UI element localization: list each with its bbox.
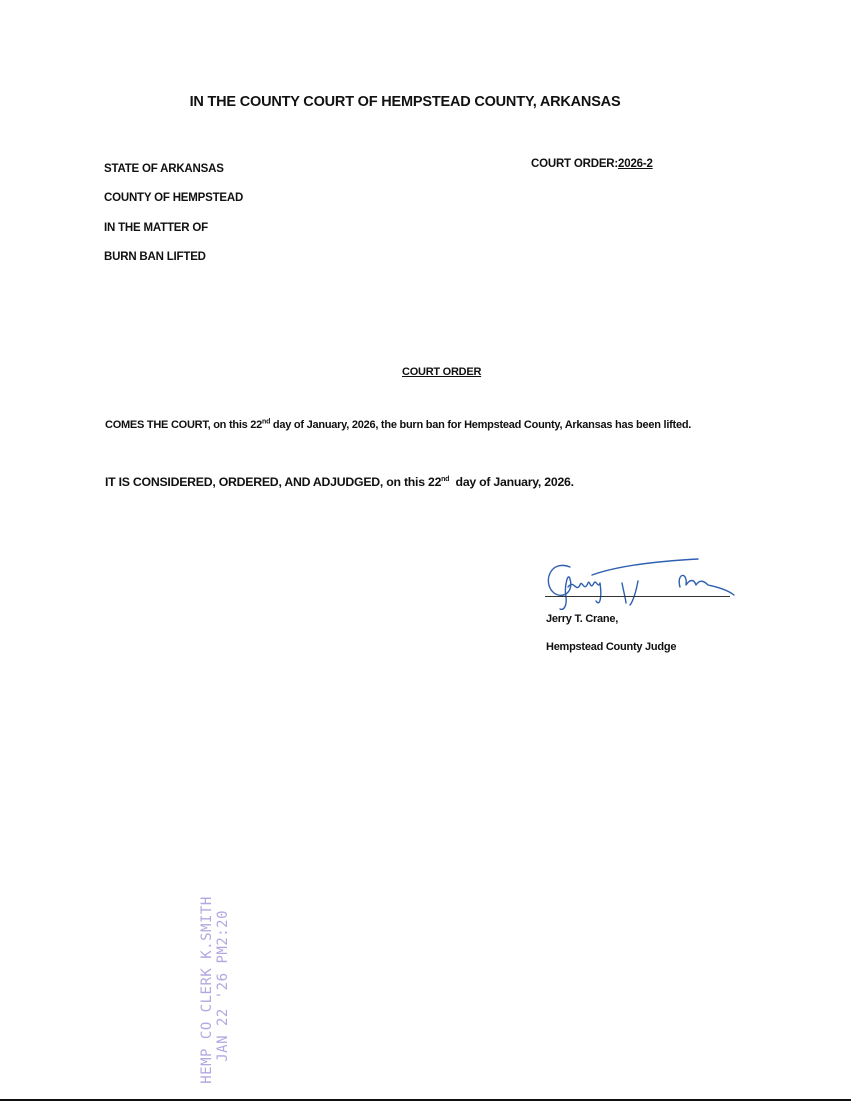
paragraph1-ordinal: nd <box>262 418 270 425</box>
judge-signature <box>540 553 740 613</box>
caption-county: COUNTY OF HEMPSTEAD <box>104 192 243 204</box>
stamp-line-2: JAN 22 '26 PM2:20 <box>215 896 231 1084</box>
signer-title: Hempstead County Judge <box>546 641 676 653</box>
caption-state: STATE OF ARKANSAS <box>104 163 224 175</box>
paragraph2-ordinal: nd <box>441 476 449 483</box>
order-number-label: COURT ORDER: <box>531 158 618 170</box>
order-number-value: 2026-2 <box>618 158 653 170</box>
signature-line <box>545 596 730 597</box>
paragraph-comes-the-court: COMES THE COURT, on this 22nd day of Jan… <box>105 419 691 431</box>
paragraph2-prefix: IT IS CONSIDERED, ORDERED, AND ADJUDGED,… <box>105 475 441 489</box>
paragraph1-prefix: COMES THE COURT, on this 22 <box>105 419 262 431</box>
clerk-file-stamp: HEMP CO CLERK K.SMITH JAN 22 '26 PM2:20 <box>199 896 231 1084</box>
caption-matter: BURN BAN LIFTED <box>104 251 206 263</box>
order-number: COURT ORDER:2026-2 <box>531 158 653 170</box>
paragraph-adjudged: IT IS CONSIDERED, ORDERED, AND ADJUDGED,… <box>105 475 574 489</box>
paragraph1-suffix: day of January, 2026, the burn ban for H… <box>270 419 691 431</box>
paragraph2-suffix: day of January, 2026. <box>449 475 574 489</box>
stamp-line-1: HEMP CO CLERK K.SMITH <box>199 896 215 1084</box>
court-heading: IN THE COUNTY COURT OF HEMPSTEAD COUNTY,… <box>0 94 810 110</box>
signer-name: Jerry T. Crane, <box>546 613 618 625</box>
order-title: COURT ORDER <box>402 366 481 378</box>
caption-matter-label: IN THE MATTER OF <box>104 222 208 234</box>
